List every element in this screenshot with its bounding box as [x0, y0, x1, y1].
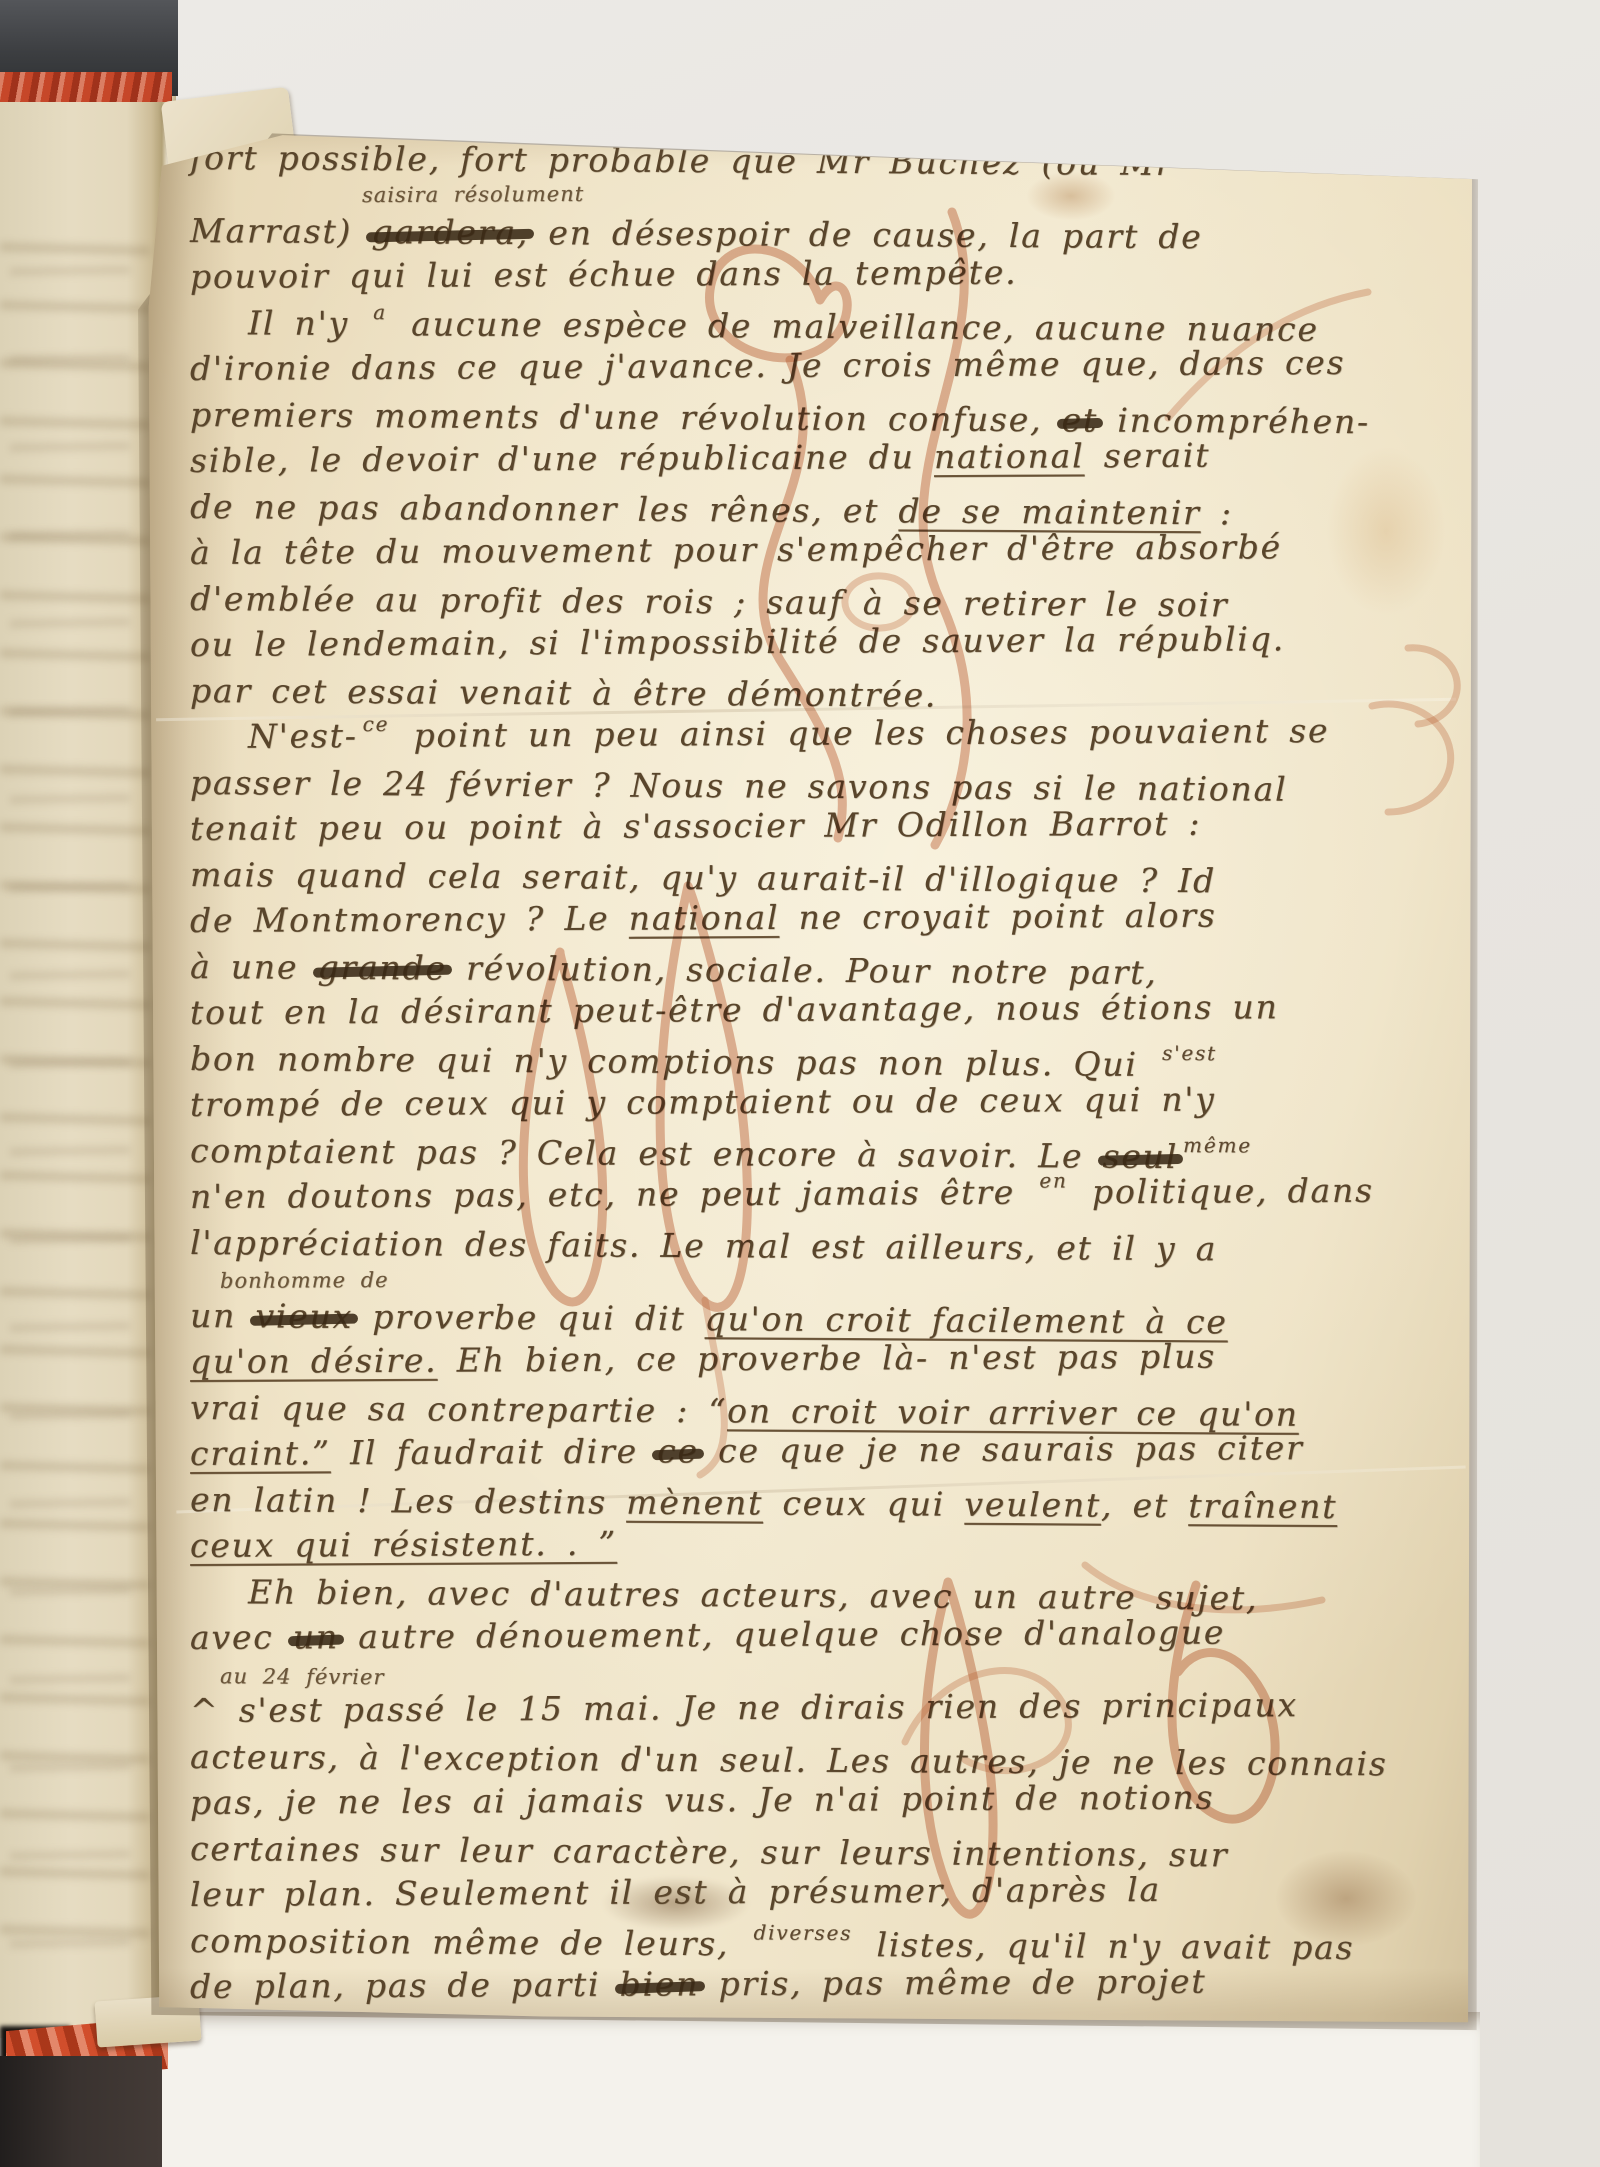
manuscript-segment-u: qu'on désire. — [190, 1341, 438, 1381]
manuscript-segment: à une — [190, 947, 318, 987]
manuscript-segment: acteurs, à l'exception d'un seul. Les au… — [190, 1737, 1388, 1783]
manuscript-segment: vrai que sa contrepartie : “ — [190, 1388, 727, 1430]
manuscript-segment: révolution, sociale. Pour notre part, — [447, 949, 1158, 992]
manuscript-segment: ce que je ne saurais pas citer — [699, 1428, 1304, 1470]
manuscript-segment: l'appréciation des faits. Le mal est ail… — [190, 1223, 1217, 1268]
manuscript-line: ou le lendemain, si l'impossibilité de s… — [190, 618, 1458, 671]
show-through-handwriting — [10, 238, 130, 1998]
manuscript-line: tenait peu ou point à s'associer Mr Odil… — [190, 802, 1458, 855]
manuscript-segment-u: de se maintenir — [898, 491, 1200, 532]
manuscript-line: trompé de ceux qui y comptaient ou de ce… — [190, 1078, 1458, 1131]
manuscript-line: pas, je ne les ai jamais vus. Je n'ai po… — [190, 1776, 1458, 1829]
manuscript-line: de Montmorency ? Le national ne croyait … — [190, 894, 1458, 947]
manuscript-segment: aucune espèce de malveillance, aucune nu… — [392, 304, 1319, 349]
manuscript-segment-del: gardera, — [371, 212, 529, 252]
manuscript-segment: d'emblée au profit des rois ; sauf à se … — [190, 579, 1229, 624]
manuscript-segment-u: national — [934, 436, 1085, 476]
manuscript-segment: pris, pas même de projet — [699, 1962, 1206, 2004]
manuscript-segment: fort possible, fort probable que Mr Buch… — [190, 138, 1174, 183]
manuscript-segment-u: craint.” — [190, 1433, 331, 1473]
photograph-of-manuscript-page: { "manuscript": { "page_number": "5", "l… — [0, 0, 1600, 2167]
manuscript-segment: par cet essai venait à être démontrée. — [190, 671, 937, 715]
manuscript-segment-u: qu'on croit facilement à ce — [705, 1299, 1228, 1341]
manuscript-segment: , et — [1101, 1486, 1189, 1526]
manuscript-segment: autre dénouement, quelque chose d'analog… — [339, 1613, 1225, 1657]
manuscript-segment-ins: diverses — [753, 1920, 852, 1945]
book-cover — [0, 2056, 162, 2167]
manuscript-segment: mais quand cela serait, qu'y aurait-il d… — [190, 855, 1216, 900]
manuscript-segment: un — [190, 1296, 256, 1335]
manuscript-segment: serait — [1084, 436, 1210, 476]
manuscript-segment: Marrast) — [190, 211, 372, 251]
blank-facing-page — [150, 2012, 1480, 2167]
manuscript-segment: bonhomme de — [220, 1268, 389, 1293]
manuscript-segment-del: et — [1061, 400, 1098, 439]
manuscript-segment-del: bien — [619, 1964, 699, 2003]
manuscript-segment-u: mènent — [626, 1483, 763, 1523]
manuscript-segment: pouvoir qui lui est échue dans la tempêt… — [190, 253, 1018, 296]
manuscript-segment: ceux qui — [763, 1484, 965, 1524]
manuscript-line: d'ironie dans ce que j'avance. Je crois … — [190, 342, 1458, 395]
manuscript-segment: sible, le devoir d'une républicaine du — [190, 437, 934, 480]
manuscript-segment: Eh bien, ce proverbe là- n'est pas plus — [437, 1337, 1216, 1380]
manuscript-segment: premiers moments d'une révolution confus… — [190, 395, 1062, 439]
manuscript-text: fort possible, fort probable que Mr Buch… — [190, 138, 1458, 2022]
manuscript-segment: de Montmorency ? Le — [190, 899, 629, 940]
manuscript-line: craint.” Il faudrait dire ce ce que je n… — [190, 1427, 1458, 1480]
manuscript-segment-del: seul — [1102, 1137, 1178, 1176]
manuscript-segment-u: veulent — [964, 1485, 1101, 1525]
manuscript-segment: en latin ! Les destins — [190, 1480, 626, 1522]
manuscript-segment: Eh bien, avec d'autres acteurs, avec un … — [248, 1572, 1258, 1617]
manuscript-line: tout en la désirant peut-être d'avantage… — [190, 986, 1458, 1039]
manuscript-segment: bon nombre qui n'y comptions pas non plu… — [190, 1039, 1157, 1084]
manuscript-segment: à la tête du mouvement pour s'empêcher d… — [190, 527, 1282, 572]
manuscript-segment: Il n'y — [248, 303, 368, 343]
manuscript-segment: de ne pas abandonner les rênes, et — [190, 487, 899, 530]
manuscript-segment: ne croyait point alors — [779, 896, 1216, 937]
red-binding-ribbon — [0, 72, 172, 102]
manuscript-segment: trompé de ceux qui y comptaient ou de ce… — [190, 1080, 1216, 1124]
manuscript-line: n'en doutons pas, etc, ne peut jamais êt… — [190, 1170, 1458, 1223]
manuscript-segment: tenait peu ou point à s'associer Mr Odil… — [190, 804, 1202, 848]
manuscript-segment-del: grande — [317, 948, 447, 988]
manuscript-line: avec un autre dénouement, quelque chose … — [190, 1611, 1458, 1664]
manuscript-line: ^ s'est passé le 15 mai. Je ne dirais ri… — [190, 1684, 1458, 1737]
manuscript-segment: saisira résolument — [362, 182, 584, 207]
manuscript-segment: en désespoir de cause, la part de — [529, 213, 1203, 256]
manuscript-segment: n'en doutons pas, etc, ne peut jamais êt… — [190, 1173, 1035, 1216]
manuscript-segment-ins: en — [1039, 1168, 1067, 1192]
manuscript-segment-ins: ce — [362, 712, 389, 736]
manuscript-line: leur plan. Seulement il est à présumer, … — [190, 1868, 1458, 1921]
manuscript-segment-del: un — [293, 1617, 339, 1656]
manuscript-line: à la tête du mouvement pour s'empêcher d… — [190, 526, 1458, 579]
manuscript-segment-u: on croit voir arriver ce qu'on — [727, 1391, 1299, 1433]
manuscript-segment: composition même de leurs, — [190, 1921, 749, 1963]
manuscript-line: bonhomme de — [190, 1262, 1458, 1296]
manuscript-segment: passer le 24 février ? Nous ne savons pa… — [190, 763, 1288, 809]
manuscript-segment-u: ceux qui résistent. . ” — [190, 1524, 617, 1565]
manuscript-line: de plan, pas de parti bien pris, pas mêm… — [190, 1960, 1458, 2013]
manuscript-segment: au 24 février — [220, 1664, 385, 1689]
manuscript-line: saisira résolument — [190, 177, 1458, 211]
manuscript-segment-del: ce — [657, 1431, 699, 1470]
manuscript-segment: de plan, pas de parti — [190, 1965, 620, 2006]
manuscript-segment: point un peu ainsi que les choses pouvai… — [394, 711, 1329, 755]
manuscript-segment: tout en la désirant peut-être d'avantage… — [190, 987, 1279, 1032]
manuscript-segment: Il faudrait dire — [331, 1432, 658, 1473]
manuscript-segment-ins: a — [373, 300, 387, 324]
manuscript-segment-ins: s'est — [1162, 1041, 1217, 1065]
manuscript-segment: certaines sur leur caractère, sur leurs … — [190, 1829, 1229, 1874]
manuscript-segment: avec — [190, 1617, 293, 1657]
manuscript-segment: politique, dans — [1073, 1171, 1374, 1212]
manuscript-line: qu'on désire. Eh bien, ce proverbe là- n… — [190, 1335, 1458, 1388]
manuscript-segment: ^ s'est passé le 15 mai. Je ne dirais ri… — [190, 1685, 1298, 1730]
manuscript-segment-del: vieux — [255, 1296, 353, 1336]
manuscript-segment: d'ironie dans ce que j'avance. Je crois … — [190, 343, 1346, 388]
manuscript-line: N'est-ce point un peu ainsi que les chos… — [190, 710, 1458, 763]
manuscript-segment-u: national — [629, 898, 780, 938]
manuscript-segment-ins: même — [1183, 1133, 1252, 1157]
manuscript-line: pouvoir qui lui est échue dans la tempêt… — [190, 250, 1458, 303]
manuscript-segment: ou le lendemain, si l'impossibilité de s… — [190, 619, 1285, 664]
manuscript-segment: leur plan. Seulement il est à présumer, … — [190, 1870, 1161, 1914]
manuscript-segment: comptaient pas ? Cela est encore à savoi… — [190, 1131, 1103, 1176]
manuscript-segment: proverbe qui dit — [353, 1297, 705, 1338]
manuscript-line: sible, le devoir d'une républicaine du n… — [190, 434, 1458, 487]
manuscript-segment: N'est- — [248, 716, 358, 756]
manuscript-segment: pas, je ne les ai jamais vus. Je n'ai po… — [190, 1778, 1215, 1822]
manuscript-segment: : — [1201, 493, 1233, 532]
manuscript-line: ceux qui résistent. . ” — [190, 1519, 1458, 1572]
manuscript-page: 5 fort possible, fort probable que Mr Bu… — [146, 116, 1472, 2028]
